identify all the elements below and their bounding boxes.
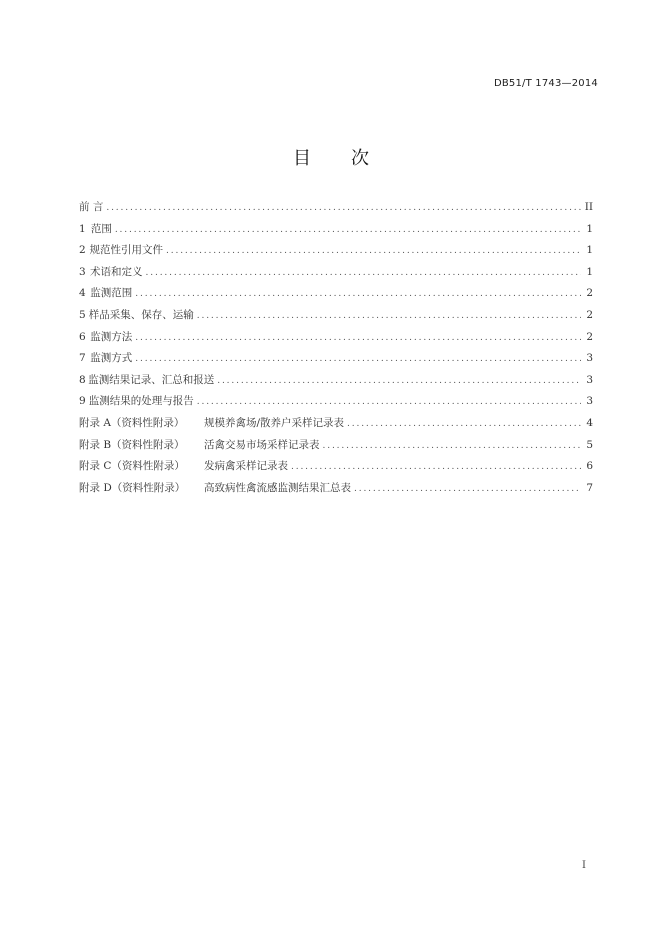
toc-entry-number: 6: [79, 331, 90, 343]
toc-entry-4[interactable]: 4 监测范围 2: [79, 285, 593, 307]
toc-entry-page: 1: [585, 223, 593, 235]
toc-entry-page: 1: [585, 266, 593, 278]
leader-dots: [135, 354, 581, 364]
leader-dots: [135, 333, 581, 343]
appendix-prefix: 附录 A（资料性附录）: [79, 415, 204, 430]
toc-entry-label: 监测范围: [90, 285, 132, 300]
toc-appendix-a[interactable]: 附录 A（资料性附录） 规模养禽场/散养户采样记录表 4: [79, 415, 593, 437]
leader-dots: [197, 397, 581, 407]
title-char-2: 次: [351, 144, 369, 170]
appendix-page: 5: [585, 439, 593, 451]
leader-dots: [217, 376, 581, 386]
toc-entry-number: 8: [79, 374, 88, 386]
appendix-label: 高致病性禽流感监测结果汇总表: [204, 480, 351, 495]
toc-entry-number: 2: [79, 244, 90, 256]
leader-dots: [106, 203, 580, 213]
toc-entry-number: 1: [79, 223, 91, 235]
leader-dots: [323, 441, 582, 451]
leader-dots: [166, 246, 581, 256]
toc-entry-label: 样品采集、保存、运输: [89, 307, 194, 322]
toc-entry-page: 3: [585, 352, 593, 364]
toc-entry-9[interactable]: 9 监测结果的处理与报告 3: [79, 393, 593, 415]
toc-entry-7[interactable]: 7 监测方式 3: [79, 350, 593, 372]
toc-entry-page: II: [585, 201, 593, 213]
appendix-page: 7: [585, 482, 593, 494]
toc-entry-label: 监测方式: [90, 350, 132, 365]
toc-entry-2[interactable]: 2 规范性引用文件 1: [79, 242, 593, 264]
toc-entry-page: 1: [585, 244, 593, 256]
appendix-prefix: 附录 B（资料性附录）: [79, 437, 204, 452]
toc-appendix-d[interactable]: 附录 D（资料性附录） 高致病性禽流感监测结果汇总表 7: [79, 480, 593, 502]
leader-dots: [115, 225, 581, 235]
leader-dots: [146, 268, 581, 278]
toc-appendix-c[interactable]: 附录 C（资料性附录） 发病禽采样记录表 6: [79, 458, 593, 480]
toc-entry-number: 7: [79, 352, 90, 364]
toc-entry-preface[interactable]: 前 言 II: [79, 199, 593, 221]
table-of-contents: 前 言 II 1 范围 1 2 规范性引用文件 1 3 术语和定义 1 4 监测…: [79, 199, 593, 501]
leader-dots: [291, 462, 581, 472]
toc-entry-number: 4: [79, 287, 90, 299]
leader-dots: [135, 289, 581, 299]
appendix-prefix: 附录 D（资料性附录）: [79, 480, 204, 495]
appendix-page: 6: [585, 460, 593, 472]
leader-dots: [197, 311, 581, 321]
appendix-page: 4: [585, 417, 593, 429]
toc-entry-label: 前 言: [79, 199, 103, 214]
toc-entry-number: 9: [79, 395, 89, 407]
appendix-label: 活禽交易市场采样记录表: [204, 437, 320, 452]
toc-appendix-b[interactable]: 附录 B（资料性附录） 活禽交易市场采样记录表 5: [79, 437, 593, 459]
toc-entry-page: 2: [585, 309, 593, 321]
page-number: I: [582, 860, 586, 871]
toc-entry-5[interactable]: 5 样品采集、保存、运输 2: [79, 307, 593, 329]
toc-entry-label: 监测结果记录、汇总和报送: [88, 372, 214, 387]
toc-entry-page: 3: [585, 374, 593, 386]
appendix-prefix: 附录 C（资料性附录）: [79, 458, 204, 473]
appendix-label: 发病禽采样记录表: [204, 458, 288, 473]
toc-entry-8[interactable]: 8 监测结果记录、汇总和报送 3: [79, 372, 593, 394]
title-char-1: 目: [293, 144, 311, 170]
toc-entry-page: 2: [585, 287, 593, 299]
toc-entry-number: 5: [79, 309, 89, 321]
page-title: 目次: [0, 144, 662, 170]
toc-entry-label: 范围: [91, 221, 112, 236]
toc-entry-label: 监测方法: [90, 329, 132, 344]
toc-entry-label: 监测结果的处理与报告: [89, 393, 194, 408]
toc-entry-number: 3: [79, 266, 90, 278]
toc-entry-page: 3: [585, 395, 593, 407]
toc-entry-label: 术语和定义: [90, 264, 143, 279]
appendix-label: 规模养禽场/散养户采样记录表: [204, 415, 344, 430]
toc-entry-page: 2: [585, 331, 593, 343]
toc-entry-6[interactable]: 6 监测方法 2: [79, 329, 593, 351]
toc-entry-1[interactable]: 1 范围 1: [79, 221, 593, 243]
toc-entry-label: 规范性引用文件: [90, 242, 164, 257]
toc-entry-3[interactable]: 3 术语和定义 1: [79, 264, 593, 286]
document-code: DB51/T 1743—2014: [494, 78, 598, 89]
leader-dots: [354, 484, 581, 494]
leader-dots: [347, 419, 581, 429]
